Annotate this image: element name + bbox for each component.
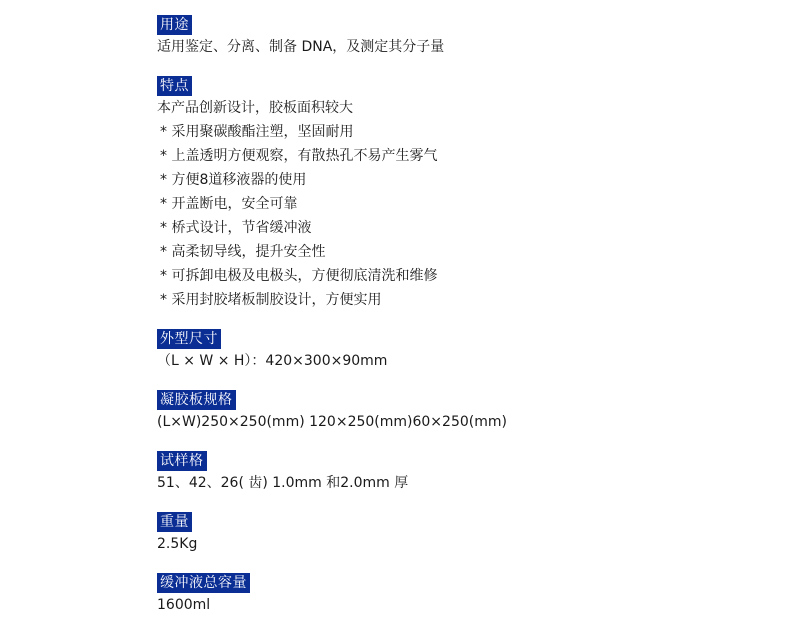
section-buffer-capacity: 缓冲液总容量 1600ml	[157, 572, 777, 617]
section-title-weight: 重量	[157, 512, 192, 532]
section-title-gel-plate-spec: 凝胶板规格	[157, 390, 236, 410]
feature-item: * 开盖断电，安全可靠	[157, 192, 777, 216]
section-title-sample-wells: 试样格	[157, 451, 207, 471]
weight-value: 2.5Kg	[157, 532, 777, 556]
feature-item: * 桥式设计，节省缓冲液	[157, 216, 777, 240]
section-dimensions: 外型尺寸 （L × W × H）：420×300×90mm	[157, 328, 777, 373]
section-title-features: 特点	[157, 76, 192, 96]
spacer	[157, 556, 777, 572]
section-features: 特点 本产品创新设计，胶板面积较大 * 采用聚碳酸酯注塑，坚固耐用 * 上盖透明…	[157, 75, 777, 312]
section-gel-plate-spec: 凝胶板规格 (L×W)250×250(mm) 120×250(mm)60×250…	[157, 389, 777, 434]
section-weight: 重量 2.5Kg	[157, 511, 777, 556]
product-spec-document: 用途 适用鉴定、分离、制备 DNA，及测定其分子量 特点 本产品创新设计，胶板面…	[157, 14, 777, 617]
feature-item: * 上盖透明方便观察，有散热孔不易产生雾气	[157, 144, 777, 168]
section-title-dimensions: 外型尺寸	[157, 329, 221, 349]
spacer	[157, 373, 777, 389]
dimensions-value: （L × W × H）：420×300×90mm	[157, 349, 777, 373]
section-title-usage: 用途	[157, 15, 192, 35]
section-title-buffer-capacity: 缓冲液总容量	[157, 573, 250, 593]
feature-item: * 采用封胶堵板制胶设计，方便实用	[157, 288, 777, 312]
feature-item: * 可拆卸电极及电极头，方便彻底清洗和维修	[157, 264, 777, 288]
spacer	[157, 434, 777, 450]
gel-plate-spec-value: (L×W)250×250(mm) 120×250(mm)60×250(mm)	[157, 410, 777, 434]
spacer	[157, 312, 777, 328]
feature-item: * 采用聚碳酸酯注塑，坚固耐用	[157, 120, 777, 144]
spacer	[157, 59, 777, 75]
sample-wells-value: 51、42、26( 齿) 1.0mm 和2.0mm 厚	[157, 471, 777, 495]
section-sample-wells: 试样格 51、42、26( 齿) 1.0mm 和2.0mm 厚	[157, 450, 777, 495]
feature-item: * 方便8道移液器的使用	[157, 168, 777, 192]
buffer-capacity-value: 1600ml	[157, 593, 777, 617]
usage-text: 适用鉴定、分离、制备 DNA，及测定其分子量	[157, 35, 777, 59]
feature-item: * 高柔韧导线，提升安全性	[157, 240, 777, 264]
features-intro: 本产品创新设计，胶板面积较大	[157, 96, 777, 120]
spacer	[157, 495, 777, 511]
section-usage: 用途 适用鉴定、分离、制备 DNA，及测定其分子量	[157, 14, 777, 59]
